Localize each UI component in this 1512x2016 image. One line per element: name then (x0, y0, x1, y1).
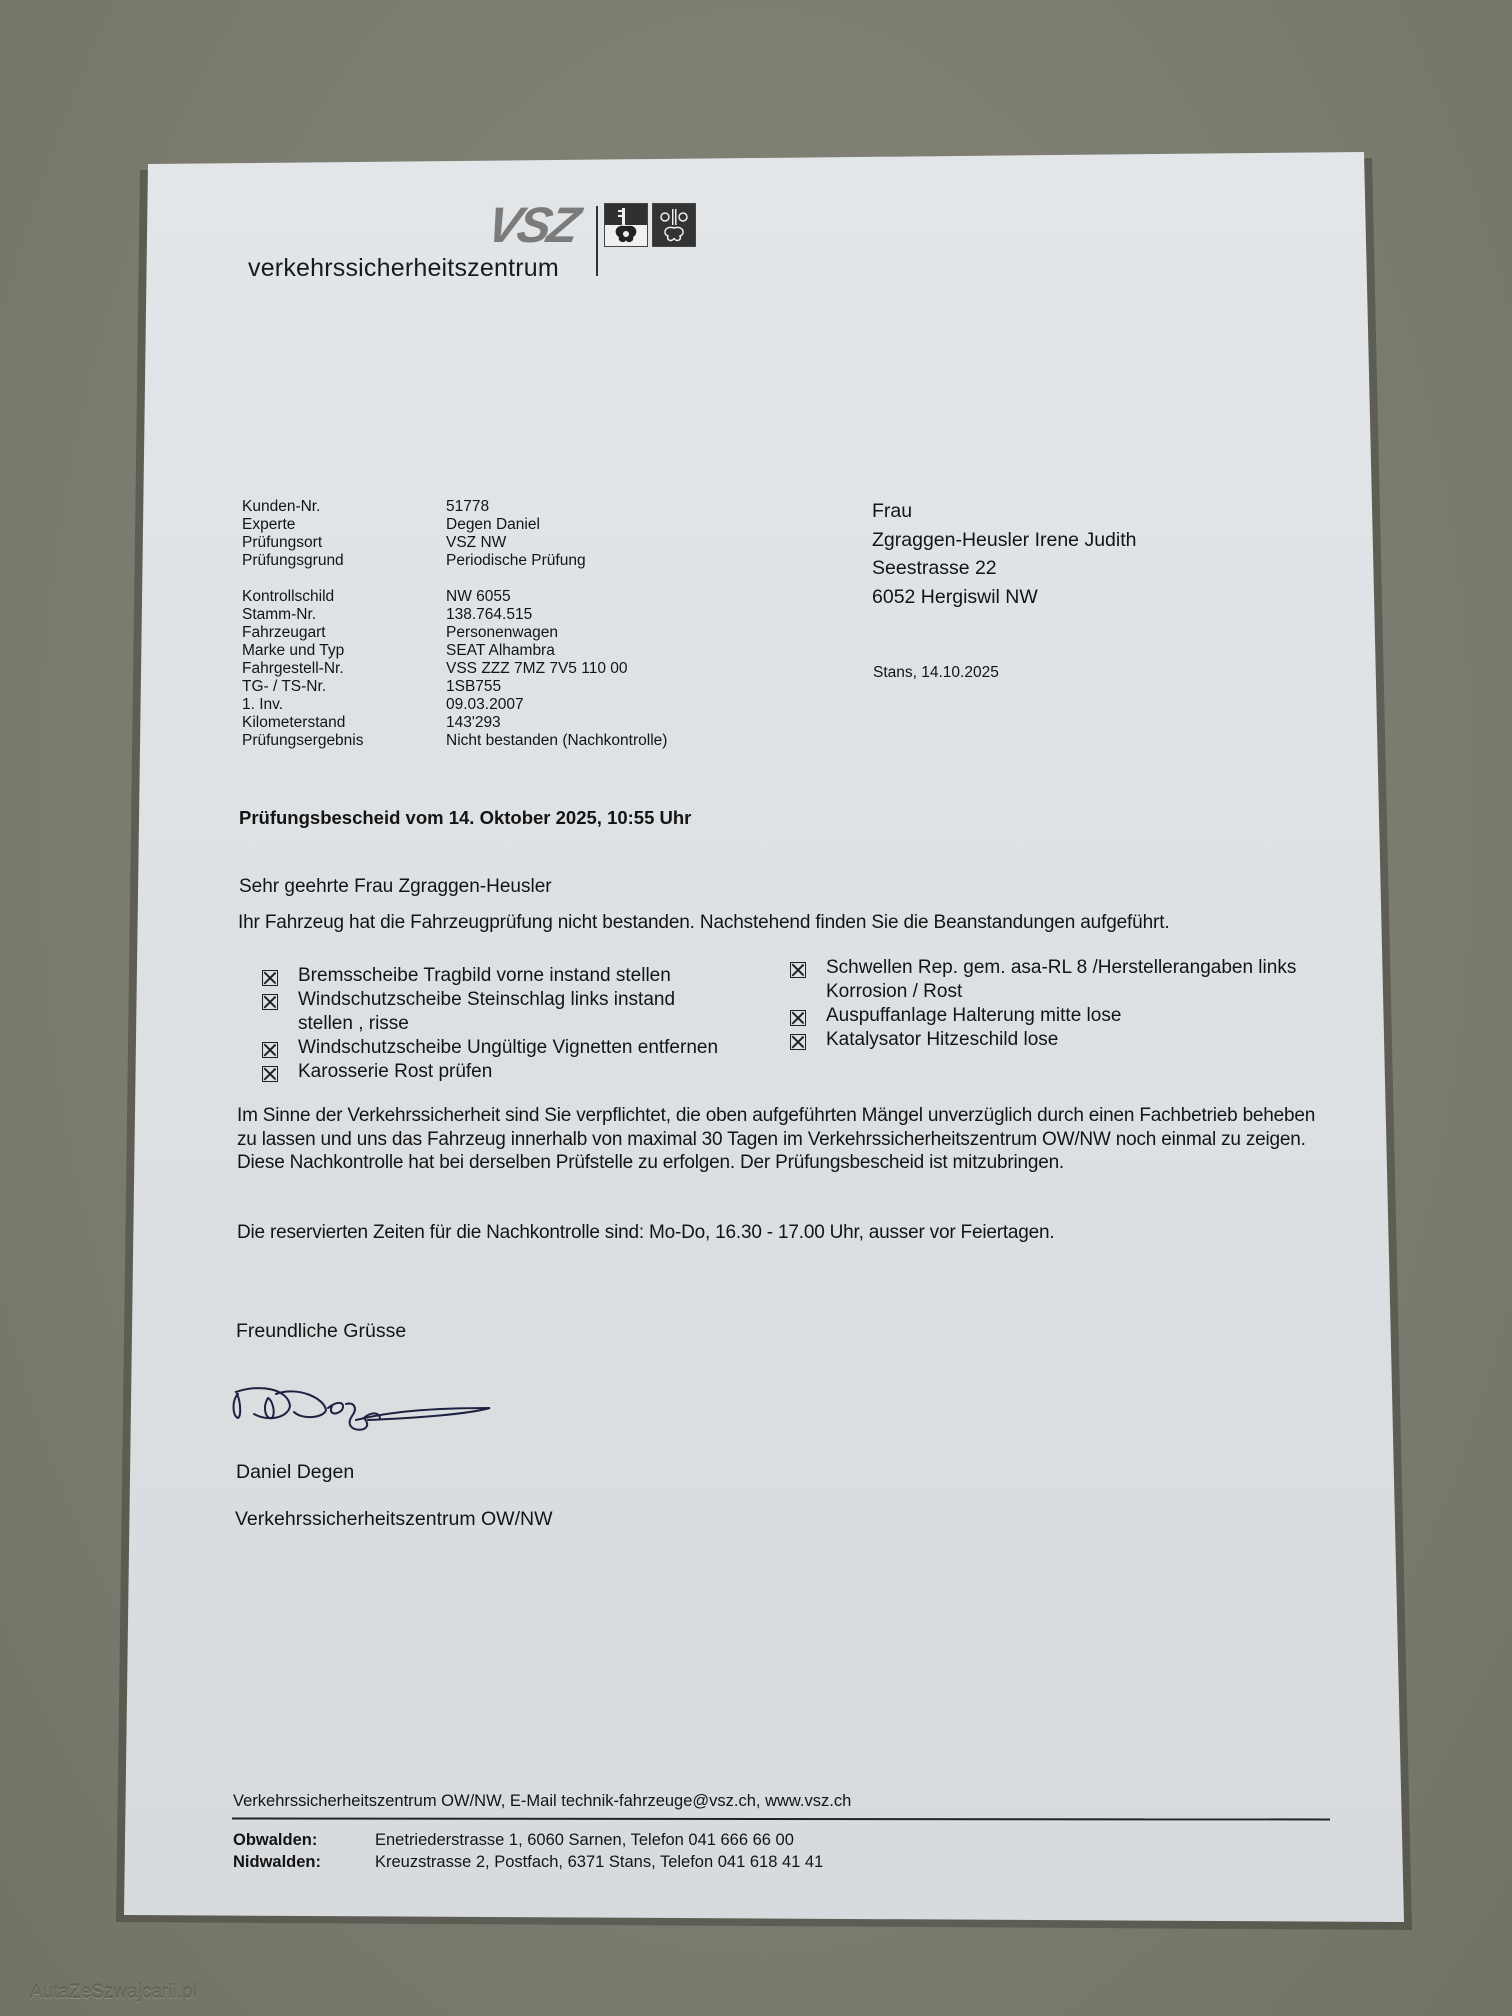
footer-contact: Verkehrssicherheitszentrum OW/NW, E-Mail… (233, 1792, 851, 1811)
recipient-address: Frau Zgraggen-Heusler Irene Judith Seest… (872, 497, 1136, 611)
recipient-city: 6052 Hergiswil NW (872, 583, 1136, 612)
footer-divider (232, 1818, 1330, 1821)
footer-location-obwalden: Obwalden:Enetriederstrasse 1, 6060 Sarne… (233, 1830, 823, 1852)
greeting: Sehr geehrte Frau Zgraggen-Heusler (239, 876, 552, 898)
footer-locations: Obwalden:Enetriederstrasse 1, 6060 Sarne… (233, 1830, 823, 1873)
defect-item: Windschutzscheibe Ungültige Vignetten en… (262, 1036, 782, 1060)
inspection-details: Kunden-Nr.51778 ExperteDegen Daniel Prüf… (242, 498, 667, 750)
obwalden-crest-icon (604, 203, 648, 247)
vsz-logo: VSZ (483, 200, 582, 250)
meta-row: Kunden-Nr.51778 (242, 498, 667, 516)
closing: Freundliche Grüsse (236, 1320, 406, 1343)
defect-item: Karosserie Rost prüfen (262, 1060, 782, 1084)
obligation-paragraph: Im Sinne der Verkehrssicherheit sind Sie… (237, 1104, 1317, 1175)
checked-box-icon (790, 1034, 806, 1050)
checked-box-icon (790, 962, 806, 978)
meta-row: PrüfungsgrundPeriodische Prüfung (242, 552, 667, 570)
defect-item: Schwellen Rep. gem. asa-RL 8 /Hersteller… (790, 956, 1330, 1004)
letter: VSZ verkehrssicherheitszentrum Kunden-Nr… (0, 0, 1512, 2016)
meta-row: PrüfungsergebnisNicht bestanden (Nachkon… (242, 732, 667, 750)
meta-row: 1. Inv.09.03.2007 (242, 696, 667, 714)
meta-row: Marke und TypSEAT Alhambra (242, 642, 667, 660)
meta-row: Stamm-Nr.138.764.515 (242, 606, 667, 624)
signature-icon (228, 1378, 498, 1448)
recipient-name: Zgraggen-Heusler Irene Judith (872, 526, 1136, 555)
nidwalden-crest-icon (652, 203, 696, 247)
checked-box-icon (262, 970, 278, 986)
place-date: Stans, 14.10.2025 (873, 664, 999, 682)
meta-row: ExperteDegen Daniel (242, 516, 667, 534)
checked-box-icon (262, 1042, 278, 1058)
checked-box-icon (262, 1066, 278, 1082)
intro-text: Ihr Fahrzeug hat die Fahrzeugprüfung nic… (238, 912, 1169, 934)
meta-row: Kilometerstand143'293 (242, 714, 667, 732)
recipient-salutation: Frau (872, 497, 1136, 526)
defect-list-left: Bremsscheibe Tragbild vorne instand stel… (262, 964, 782, 1084)
recipient-street: Seestrasse 22 (872, 554, 1136, 583)
meta-row: TG- / TS-Nr.1SB755 (242, 678, 667, 696)
reinspection-times: Die reservierten Zeiten für die Nachkont… (237, 1222, 1054, 1244)
defect-item: Bremsscheibe Tragbild vorne instand stel… (262, 964, 782, 988)
logo-divider (596, 206, 598, 276)
signer-name: Daniel Degen (236, 1461, 354, 1484)
meta-row: PrüfungsortVSZ NW (242, 534, 667, 552)
signer-organization: Verkehrssicherheitszentrum OW/NW (235, 1508, 553, 1531)
checked-box-icon (262, 994, 278, 1010)
defect-item: Windschutzscheibe Steinschlag links inst… (262, 988, 782, 1036)
meta-row: KontrollschildNW 6055 (242, 588, 667, 606)
footer-location-nidwalden: Nidwalden:Kreuzstrasse 2, Postfach, 6371… (233, 1852, 823, 1874)
meta-row: Fahrgestell-Nr.VSS ZZZ 7MZ 7V5 110 00 (242, 660, 667, 678)
checked-box-icon (790, 1010, 806, 1026)
logo-wordmark: verkehrssicherheitszentrum (248, 254, 559, 283)
defect-list-right: Schwellen Rep. gem. asa-RL 8 /Hersteller… (790, 956, 1330, 1052)
defect-item: Katalysator Hitzeschild lose (790, 1028, 1330, 1052)
subject-line: Prüfungsbescheid vom 14. Oktober 2025, 1… (239, 807, 691, 829)
defect-item: Auspuffanlage Halterung mitte lose (790, 1004, 1330, 1028)
watermark: AutaZeSzwajcarii.pl (30, 1982, 197, 2004)
meta-row: FahrzeugartPersonenwagen (242, 624, 667, 642)
